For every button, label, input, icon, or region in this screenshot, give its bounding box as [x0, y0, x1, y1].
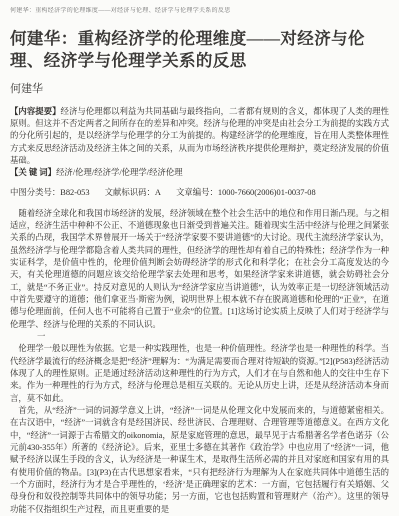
document-code: 文献标识码：A	[105, 188, 161, 197]
abstract-text: 经济与伦理都以利益为共同基础与最终指向，二者都有规则的含义，都体现了人类的理性原…	[10, 107, 389, 165]
running-head: 何建华：重构经济学的伦理维度——对经济与伦理、经济学与伦理学关系的反思	[10, 7, 389, 15]
keywords-label: 【关 键 词】	[10, 168, 56, 177]
body-paragraph: 伦理学一般以理性为依据。它是一种实践理性，也是一种价值理性。经济学也是一种理性的…	[10, 343, 389, 405]
keywords: 【关 键 词】经济/伦理/经济学/伦理学/经济伦理	[10, 167, 389, 179]
body-paragraph: 随着经济全球化和我国市场经济的发展，经济领域在整个社会生活中的地位和作用日渐凸现…	[10, 208, 389, 331]
article-number: 文章编号：1000-7660(2006)01-0037-08	[176, 188, 316, 197]
abstract-label: 【内容提要】	[10, 107, 61, 116]
body-paragraph: 首先，从“经济”一词的词源学意义上讲，“经济”一词是从伦理文化中发展而来的，与道…	[10, 405, 389, 516]
section-heading: 一	[10, 331, 389, 343]
article-body: 随着经济全球化和我国市场经济的发展，经济领域在整个社会生活中的地位和作用日渐凸现…	[10, 208, 389, 516]
abstract: 【内容提要】经济与伦理都以利益为共同基础与最终指向，二者都有规则的含义，都体现了…	[10, 106, 389, 168]
paper-title: 何建华：重构经济学的伦理维度——对经济与伦理、经济学与伦理学关系的反思	[10, 28, 389, 72]
paper-page: 何建华：重构经济学的伦理维度——对经济与伦理、经济学与伦理学关系的反思 何建华：…	[0, 0, 399, 516]
clc-number: 中图分类号：B82-053	[10, 188, 90, 197]
keywords-text: 经济/伦理/经济学/伦理学/经济伦理	[56, 168, 183, 177]
author-name: 何建华	[10, 83, 389, 96]
classification-line: 中图分类号：B82-053 文献标识码：A 文章编号：1000-7660(200…	[10, 187, 389, 199]
